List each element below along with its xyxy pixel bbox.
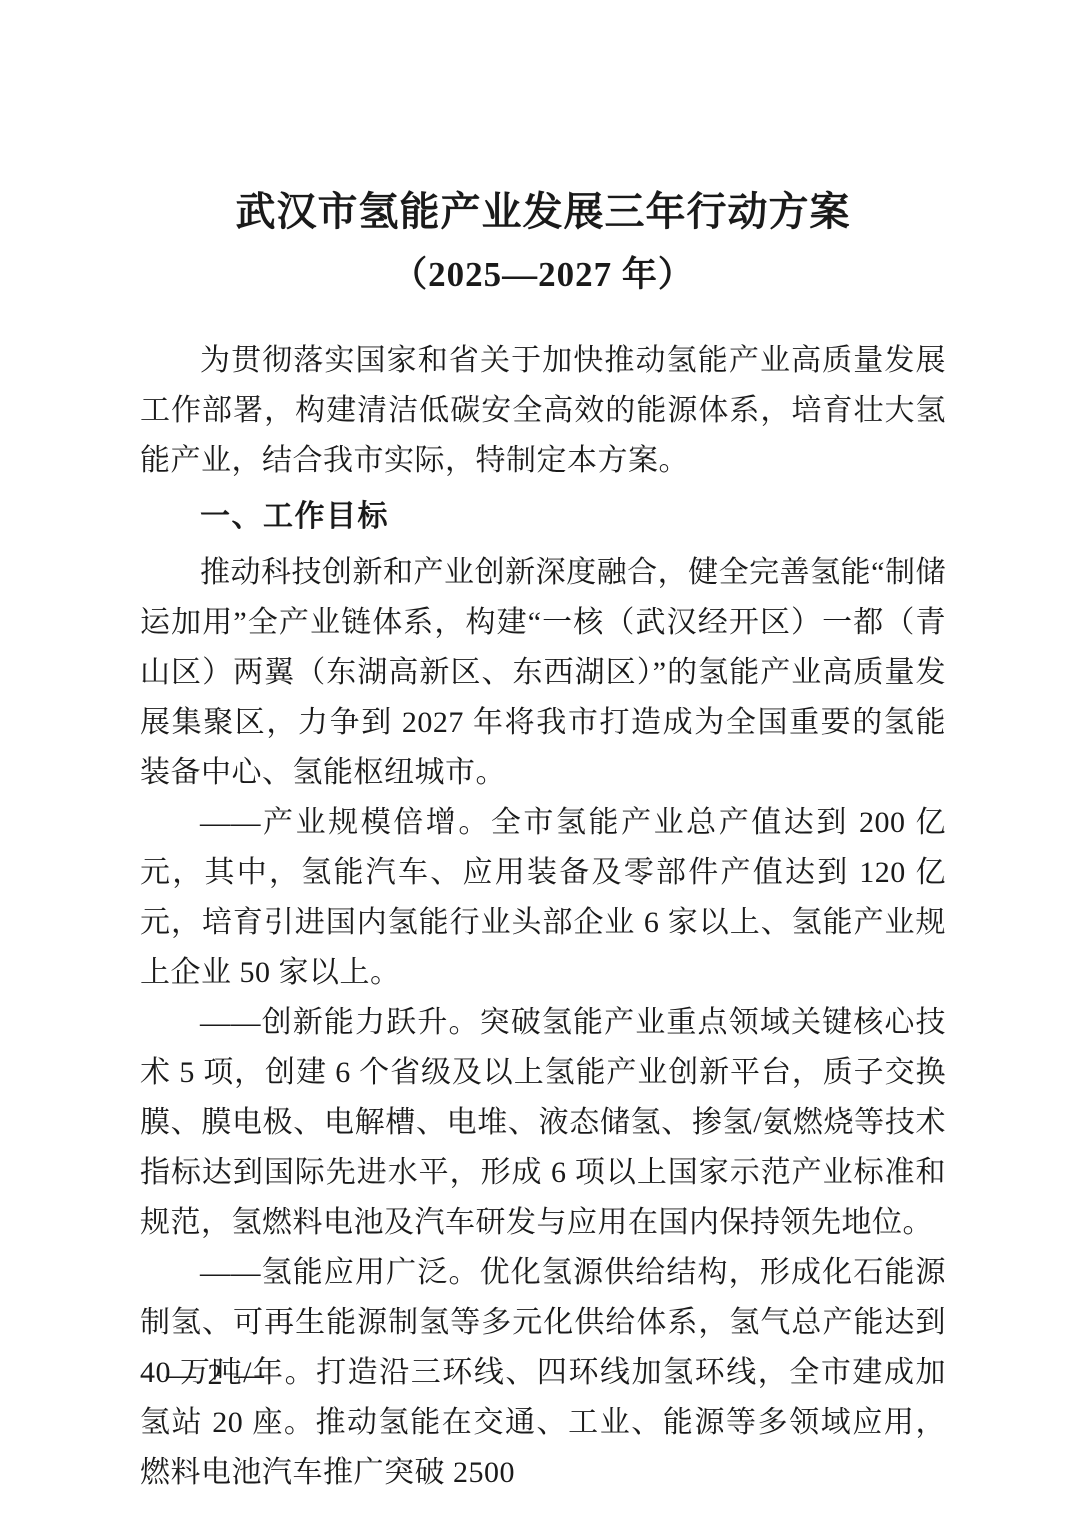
paragraph-preamble: 为贯彻落实国家和省关于加快推动氢能产业高质量发展工作部署，构建清洁低碳安全高效的… [140,336,946,486]
doc-subtitle: （2025—2027 年） [140,254,946,296]
doc-body: 为贯彻落实国家和省关于加快推动氢能产业高质量发展工作部署，构建清洁低碳安全高效的… [140,336,946,1498]
doc-title: 武汉市氢能产业发展三年行动方案 [140,188,946,236]
document-page: 武汉市氢能产业发展三年行动方案 （2025—2027 年） 为贯彻落实国家和省关… [0,0,1080,1532]
page-number: — 2 — [166,1358,266,1392]
paragraph-industry-scale: ——产业规模倍增。全市氢能产业总产值达到 200 亿元，其中，氢能汽车、应用装备… [140,798,946,998]
document-content: 武汉市氢能产业发展三年行动方案 （2025—2027 年） 为贯彻落实国家和省关… [140,188,946,1498]
paragraph-innovation-capability: ——创新能力跃升。突破氢能产业重点领域关键核心技术 5 项，创建 6 个省级及以… [140,998,946,1248]
paragraph-overall-goal: 推动科技创新和产业创新深度融合，健全完善氢能“制储运加用”全产业链体系，构建“一… [140,548,946,798]
section-heading-work-goals: 一、工作目标 [140,492,946,542]
